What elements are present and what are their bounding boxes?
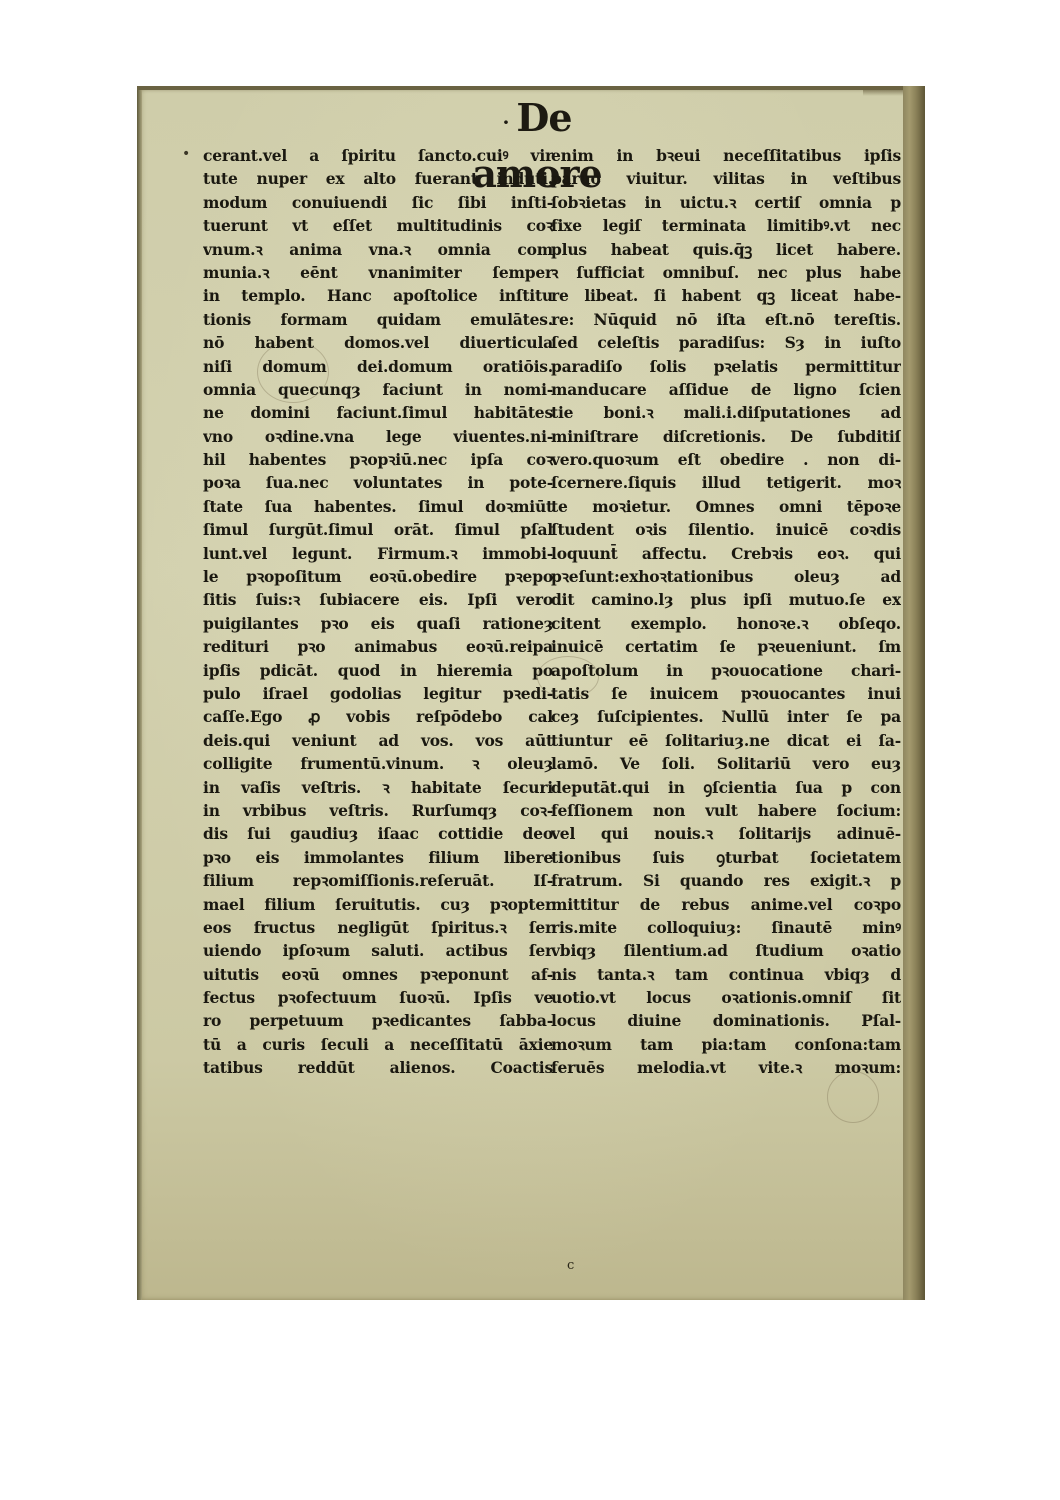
text-line: citent exemplo. honoꝛe.ꝛ obſeqo. xyxy=(551,612,901,635)
text-line: pꝛeſunt:exhoꝛtationibus oleuȝ ad xyxy=(551,565,901,588)
text-line: lamō. Ve ſoli. Solitariū vero euȝ xyxy=(551,752,901,775)
text-line: vnum.ꝛ anima vna.ꝛ omnia com xyxy=(203,238,553,261)
text-line: hil habentes pꝛopꝛiū.nec ipſa coꝛ xyxy=(203,448,553,471)
text-line: ſed celeſtis paradiſus: Sȝ in iuſto xyxy=(551,331,901,354)
text-line: omnia quecunqȝ faciunt in nomi- xyxy=(203,378,553,401)
text-line: uotio.vt locus oꝛationis.omniſ ſit xyxy=(551,986,901,1009)
text-line: loquunt̄ affectu. Crebꝛis eoꝛ. qui xyxy=(551,542,901,565)
text-line: poꝛa ſua.nec voluntates in pote- xyxy=(203,471,553,494)
text-line: le pꝛopoſitum eoꝛū.obedire pꝛepo xyxy=(203,565,553,588)
text-line: niſi domum dei.domum oratiōis. xyxy=(203,355,553,378)
text-column-left: cerant.vel a ſpiritu ſancto.cuiꝰ virtute… xyxy=(203,144,553,1080)
text-line: eos fructus negligūt ſpiritus.ꝛ ſer xyxy=(203,916,553,939)
text-line: in templo. Hanc apoſtolice inſtitu xyxy=(203,284,553,307)
text-line: nō habent domos.vel diuerticula xyxy=(203,331,553,354)
text-line: uiendo ipſoꝛum saluti. actibus ſer xyxy=(203,939,553,962)
signature-mark: c xyxy=(567,1258,574,1273)
text-line: ſtudent oꝛis ſilentio. inuicē coꝛdis xyxy=(551,518,901,541)
text-line: mael filium ſeruitutis. cuȝ pꝛopter xyxy=(203,893,553,916)
text-line: tuerunt vt eſſet multitudinis coꝛ xyxy=(203,214,553,237)
text-line: ſcernere.ſiquis illud tetigerit. moꝛ xyxy=(551,471,901,494)
book-edge xyxy=(903,86,925,1300)
text-line: manducare aſſidue de ligno ſcien xyxy=(551,378,901,401)
text-line: colligite frumentū.vinum. ꝛ oleuȝ xyxy=(203,752,553,775)
text-line: inuicē certatim ſe pꝛeueniunt. ſm xyxy=(551,635,901,658)
page-left-edge xyxy=(137,86,142,1300)
text-line: re libeat. ſi habent qꝫ liceat habe- xyxy=(551,284,901,307)
text-line: vel qui nouis.ꝛ ſolitarijs adinuē- xyxy=(551,822,901,845)
text-line: paradiſo ſolis pꝛelatis permittitur xyxy=(551,355,901,378)
text-line: vero.quoꝛum eſt obedire . non di- xyxy=(551,448,901,471)
text-line: miniſtrare diſcretionis. De ſubditiſ xyxy=(551,425,901,448)
text-line: fectus pꝛofectuum ſuoꝛū. Ipſis ve xyxy=(203,986,553,1009)
text-line: ne domini faciunt.ſimul habitātes xyxy=(203,401,553,424)
text-line: filium repꝛomiſſionis.reſeruāt. Iſ- xyxy=(203,869,553,892)
text-line: tatis ſe inuicem pꝛouocantes inui xyxy=(551,682,901,705)
text-line: tute nuper ex alto fuerant induti. xyxy=(203,167,553,190)
text-line: vno oꝛdine.vna lege viuentes.ni- xyxy=(203,425,553,448)
text-line: in vaſis veſtris. ꝛ habitate ſecuri xyxy=(203,776,553,799)
text-line: pꝛo eis immolantes filium libere xyxy=(203,846,553,869)
text-line: cerant.vel a ſpiritu ſancto.cuiꝰ vir xyxy=(203,144,553,167)
text-line: tatibus reddūt alienos. Coactis xyxy=(203,1056,553,1079)
text-line: ris.mite colloquiuȝ: ſinautē minꝰ xyxy=(551,916,901,939)
text-line: deis.qui veniunt ad vos. vos aūt xyxy=(203,729,553,752)
text-line: deputāt.qui in ꝯſcientia ſua p con xyxy=(551,776,901,799)
text-line: fratrum. Si quando res exigit.ꝛ p xyxy=(551,869,901,892)
text-line: dit camino.lȝ plus ipſi mutuo.ſe ex xyxy=(551,588,901,611)
text-line: locus diuine dominationis. Pſal- xyxy=(551,1009,901,1032)
text-line: re: Nūquid nō iſta eſt.nō tereſtis. xyxy=(551,308,901,331)
text-line: feruēs melodia.vt vite.ꝛ moꝛum: xyxy=(551,1056,901,1079)
text-line: ro perpetuum pꝛedicantes ſabba- xyxy=(203,1009,553,1032)
text-line: munia.ꝛ eēnt vnanimiter ſemper xyxy=(203,261,553,284)
text-line: vbiqȝ ſilentium.ad ſtudium oꝛatio xyxy=(551,939,901,962)
text-line: ſtate ſua habentes. ſimul doꝛmiūt xyxy=(203,495,553,518)
text-line: nis tanta.ꝛ tam continua vbiqȝ d xyxy=(551,963,901,986)
book-edge-shadow xyxy=(863,86,903,96)
text-line: caſſe.Ego ꝓ vobis reſpōdebo cal xyxy=(203,705,553,728)
text-line: te moꝛietur. Omnes omni tēpoꝛe xyxy=(551,495,901,518)
text-line: tiuntur eē ſolitariuȝ.ne dicat ei ſa- xyxy=(551,729,901,752)
text-line: paruo viuitur. vilitas in veſtibus xyxy=(551,167,901,190)
text-line: modum conuiuendi ſic ſibi inſti- xyxy=(203,191,553,214)
text-line: feſſionem non vult habere ſocium: xyxy=(551,799,901,822)
text-line: ſobꝛietas in uictu.ꝛ certiſ omnia p xyxy=(551,191,901,214)
text-line: ſimul ſurgūt.ſimul orāt. ſimul pſal xyxy=(203,518,553,541)
text-line: apoſtolum in pꝛouocatione chari- xyxy=(551,659,901,682)
text-line: puigilantes pꝛo eis quaſi rationeȝ xyxy=(203,612,553,635)
text-line: tionis formam quidam emulātes. xyxy=(203,308,553,331)
text-line: tū a curis ſeculi a neceſſitatū āxie xyxy=(203,1033,553,1056)
text-line: redituri pꝛo animabus eoꝛū.reipa xyxy=(203,635,553,658)
text-line: mittitur de rebus anime.vel coꝛpo xyxy=(551,893,901,916)
text-line: ſitis ſuis:ꝛ ſubiacere eis. Ipſi vero xyxy=(203,588,553,611)
text-line: tionibus ſuis ꝯturbat ſocietatem xyxy=(551,846,901,869)
text-line: lunt.vel legunt. Firmum.ꝛ immobi- xyxy=(203,542,553,565)
text-line: in vrbibus veſtris. Rurſumqȝ coꝛ- xyxy=(203,799,553,822)
running-head-mark: · xyxy=(502,110,508,134)
text-line: fixe legiſ terminata limitibꝰ.vt nec xyxy=(551,214,901,237)
text-line: tie boni.ꝛ mali.i.diſputationes ad xyxy=(551,401,901,424)
page-top-edge xyxy=(137,86,925,90)
text-line: enim in bꝛeui neceſſitatibus ipſis xyxy=(551,144,901,167)
margin-mark: • xyxy=(182,146,190,162)
text-line: ipſis pdicāt. quod in hieremia po xyxy=(203,659,553,682)
page-scan: ·De amore • cerant.vel a ſpiritu ſancto.… xyxy=(137,86,925,1300)
text-line: uitutis eoꝛū omnes pꝛeponunt af- xyxy=(203,963,553,986)
text-line: ꝛ ſufficiat omnibuſ. nec plus habe xyxy=(551,261,901,284)
text-line: ceȝ ſuſcipientes. Nullū inter ſe pa xyxy=(551,705,901,728)
text-line: moꝛum tam pia:tam conſona:tam xyxy=(551,1033,901,1056)
text-line: plus habeat quis.q̄ꝫ licet habere. xyxy=(551,238,901,261)
text-column-right: enim in bꝛeui neceſſitatibus ipſisparuo … xyxy=(551,144,901,1080)
text-line: pulo iſrael godolias legitur pꝛedi- xyxy=(203,682,553,705)
text-line: dis ſui gaudiuȝ iſaac cottidie deo xyxy=(203,822,553,845)
